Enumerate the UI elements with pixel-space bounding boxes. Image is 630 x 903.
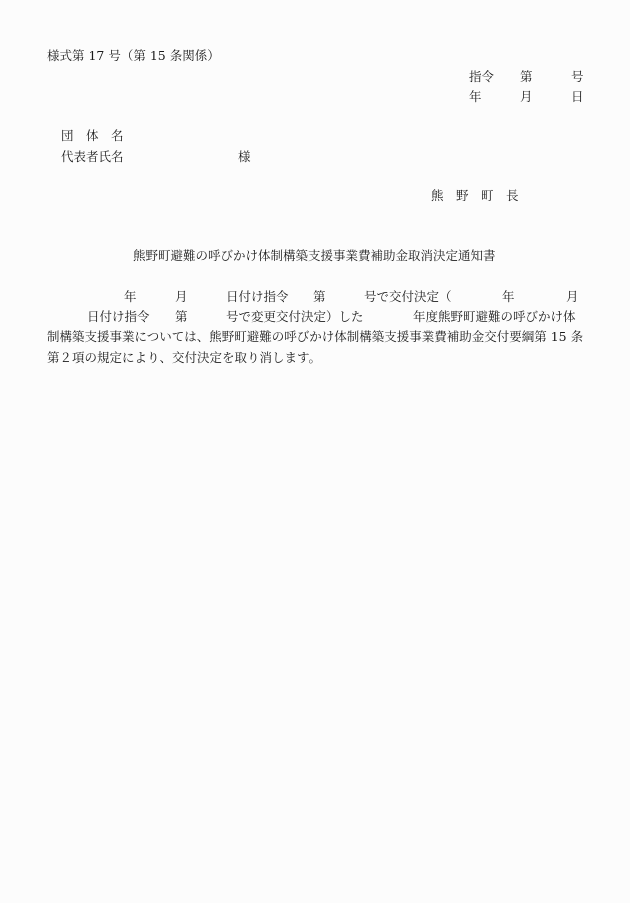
body-line1-year: 年 xyxy=(124,291,137,304)
honorific-sama: 様 xyxy=(238,151,251,164)
date-day-label: 日 xyxy=(571,91,584,104)
body-line2-dai: 第 xyxy=(175,311,188,324)
doc-number-prefix: 指令 xyxy=(469,71,494,84)
document-title: 熊野町避難の呼びかけ体制構築支援事業費補助金取消決定通知書 xyxy=(133,250,496,263)
sender-mayor: 熊 野 町 長 xyxy=(431,190,519,203)
body-line1-month2: 月 xyxy=(566,291,579,304)
doc-number-go: 号 xyxy=(571,71,584,84)
form-number: 様式第 17 号（第 15 条関係） xyxy=(47,50,220,63)
representative-name-label: 代表者氏名 xyxy=(61,151,124,164)
document-page: 様式第 17 号（第 15 条関係） 指令 第 号 年 月 日 団 体 名 代表… xyxy=(0,0,630,903)
doc-number-dai: 第 xyxy=(520,71,533,84)
body-line2-change-decision: 号で変更交付決定）した xyxy=(226,311,364,324)
body-line1-dai: 第 xyxy=(313,291,326,304)
body-line1-month: 月 xyxy=(175,291,188,304)
date-month-label: 月 xyxy=(520,91,533,104)
body-line4: 第２項の規定により、交付決定を取り消します。 xyxy=(47,352,321,365)
date-year-label: 年 xyxy=(469,91,482,104)
body-line2-fiscal-year: 年度熊野町避難の呼びかけ体 xyxy=(413,311,576,324)
body-line2-dated-order: 日付け指令 xyxy=(87,311,150,324)
body-line1-grant-decision: 号で交付決定（ xyxy=(364,291,452,304)
body-line3: 制構築支援事業については、熊野町避難の呼びかけ体制構築支援事業費補助金交付要綱第… xyxy=(47,331,583,344)
body-line1-dated-order: 日付け指令 xyxy=(226,291,289,304)
body-line1-year2: 年 xyxy=(502,291,515,304)
org-name-label: 団 体 名 xyxy=(61,130,124,143)
